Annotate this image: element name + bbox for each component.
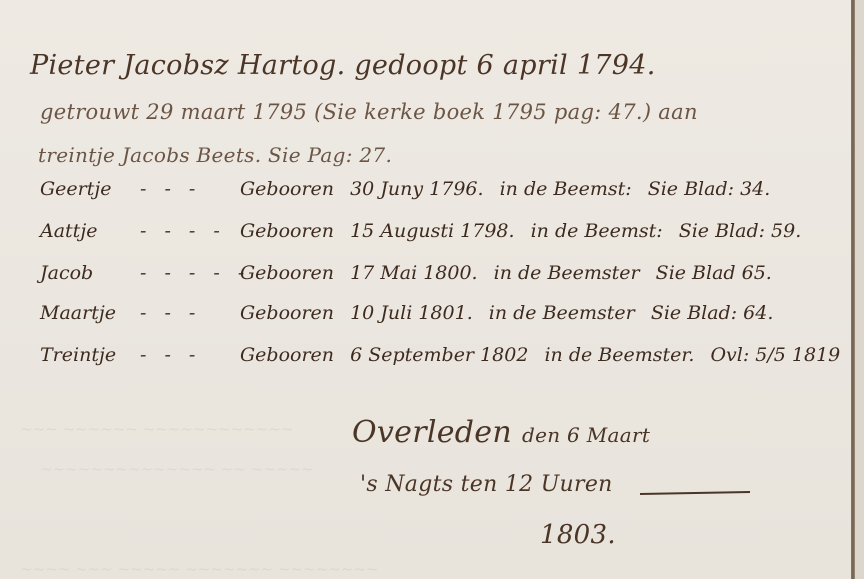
death-note-line-3: 1803. (540, 520, 616, 550)
header-text: getrouwt 29 maart 1795 (Sie kerke boek 1… (40, 100, 698, 124)
header-line-baptism: Pieter Jacobsz Hartog. gedoopt 6 april 1… (30, 50, 656, 81)
birth-info: Gebooren 10 Juli 1801. in de Beemster Si… (240, 302, 773, 324)
death-note-line-1: Overledenden 6 Maart (352, 415, 650, 450)
child-name: Aattje (40, 220, 110, 242)
birth-place: in de Beemster. (544, 344, 694, 366)
birth-info: Gebooren 15 Augusti 1798. in de Beemst: … (240, 220, 801, 242)
header-line-marriage: getrouwt 29 maart 1795 (Sie kerke boek 1… (40, 100, 698, 124)
child-name: Treintje (40, 344, 110, 366)
birth-date: 6 September 1802 (350, 344, 528, 366)
born-label: Gebooren (240, 344, 334, 366)
birth-date: 17 Mai 1800. (350, 262, 478, 284)
born-label: Gebooren (240, 302, 334, 324)
birth-date: 10 Juli 1801. (350, 302, 473, 324)
leader-dashes: - - - - - (140, 262, 250, 284)
birth-date: 30 Juny 1796. (350, 178, 483, 200)
page-margin-beyond (855, 0, 864, 579)
death-time: 's Nagts ten 12 Uuren (360, 472, 613, 497)
birth-place: in de Beemst: (500, 178, 632, 200)
document-page: ~~~ ~~~~~~ ~~~~~~~~~~~~ ~~~~~~~~~~~~~~ ~… (0, 0, 864, 579)
death-year: 1803. (540, 520, 616, 550)
page-reference: Sie Blad: 59. (679, 220, 802, 242)
header-text: Pieter Jacobsz Hartog. gedoopt 6 april 1… (30, 50, 656, 81)
leader-dashes: - - - - (140, 220, 226, 242)
child-name: Maartje (40, 302, 110, 324)
death-reference: Ovl: 5/5 1819 (710, 344, 840, 366)
born-label: Gebooren (240, 220, 334, 242)
bleed-through-text: ~~~~~~~~~~~~~~ ~~ ~~~~~ (40, 460, 313, 478)
child-name: Jacob (40, 262, 110, 284)
birth-place: in de Beemster (489, 302, 635, 324)
birth-date: 15 Augusti 1798. (350, 220, 514, 242)
page-reference: Sie Blad 65. (656, 262, 772, 284)
child-name: Geertje (40, 178, 110, 200)
birth-info: Gebooren 6 September 1802 in de Beemster… (240, 344, 840, 366)
birth-info: Gebooren 17 Mai 1800. in de Beemster Sie… (240, 262, 772, 284)
bleed-through-text: ~~~~ ~~~ ~~~~~ ~~~~~~~ ~~~~~~~~ (20, 560, 378, 578)
header-line-spouse: treintje Jacobs Beets. Sie Pag: 27. (38, 143, 392, 167)
death-date: den 6 Maart (522, 423, 650, 447)
header-text: treintje Jacobs Beets. Sie Pag: 27. (38, 143, 392, 167)
leader-dashes: - - - (140, 178, 201, 200)
page-reference: Sie Blad: 64. (651, 302, 774, 324)
birth-place: in de Beemst: (531, 220, 663, 242)
death-word: Overleden (352, 415, 512, 450)
pen-flourish (640, 491, 750, 494)
leader-dashes: - - - (140, 302, 201, 324)
death-note-line-2: 's Nagts ten 12 Uuren (360, 472, 613, 497)
bleed-through-text: ~~~ ~~~~~~ ~~~~~~~~~~~~ (20, 420, 293, 438)
birth-place: in de Beemster (494, 262, 640, 284)
born-label: Gebooren (240, 262, 334, 284)
page-reference: Sie Blad: 34. (648, 178, 771, 200)
birth-info: Gebooren 30 Juny 1796. in de Beemst: Sie… (240, 178, 770, 200)
leader-dashes: - - - (140, 344, 201, 366)
born-label: Gebooren (240, 178, 334, 200)
